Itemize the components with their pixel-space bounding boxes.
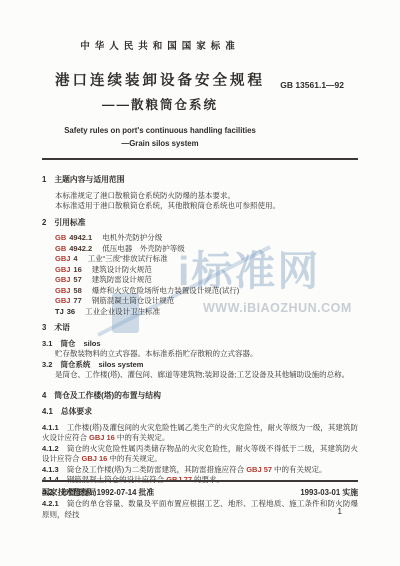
section-1-paragraph: 本标准适用于港口散粮筒仓系统，其他散粮筒仓系统也可参照使用。 [42,201,358,212]
term-en: silos [83,339,100,348]
reference-item: GBJ58爆炸和火灾危险场所电力装置设计规范(试行) [55,286,358,297]
term-en: silos system [98,360,143,369]
reference-title: 低压电器 外壳防护等级 [102,244,185,253]
standard-title-zh: 港口连续装卸设备安全规程 [0,69,320,90]
reference-item: GBJ4工业“三废”排放试行标准 [55,254,358,265]
reference-code: GB4942.1 [55,233,92,242]
section-4-1-heading: 4.1总体要求 [42,407,358,418]
reference-title: 工业企业设计卫生标准 [85,307,160,316]
reference-code: GBJ58 [55,286,82,295]
inline-standard-ref: GBJ 57 [244,465,274,474]
document-footer: 国家技术监督局1992-07-14 批准 1993-03-01 实施 [42,480,358,498]
reference-list: GB4942.1电机外壳防护分级 GB4942.2低压电器 外壳防护等级 GBJ… [42,233,358,317]
section-1-paragraph: 本标准规定了港口散粮筒仓系统防火防爆的基本要求。 [42,191,358,202]
clause-4-1-2: 4.1.2筒仓的火灾危险性属丙类储存物品的火灾危险性，耐火等级不得低于二级，其建… [42,444,358,465]
reference-title: 建筑设计防火规范 [92,265,152,274]
reference-code: TJ36 [55,307,75,316]
clause-4-2-1: 4.2.1筒仓的单仓容量、数量及平面布置应根据工艺、地形、工程地质、施工条件和防… [42,499,358,520]
reference-item: GBJ57建筑防雷设计规范 [55,275,358,286]
reference-title: 爆炸和火灾危险场所电力装置设计规范(试行) [92,286,240,295]
section-1-heading: 1主题内容与适用范围 [42,175,358,186]
section-4-heading: 4筒仓及工作楼(塔)的布置与结构 [42,391,358,402]
section-number: 3 [42,323,46,332]
reference-title: 电机外壳防护分级 [102,233,162,242]
section-3-heading: 3术语 [42,323,358,334]
document-body: 1主题内容与适用范围 本标准规定了港口散粮筒仓系统防火防爆的基本要求。 本标准适… [0,160,400,520]
clause-4-1-1: 4.1.1工作楼(塔)及灌包间的火灾危险性属乙类生产的火灾危险性，耐火等级为一级… [42,423,358,444]
reference-item: GB4942.1电机外壳防护分级 [55,233,358,244]
section-title: 术语 [54,323,70,332]
reference-code: GBJ77 [55,296,82,305]
page-number: 1 [338,507,342,516]
reference-code: GBJ16 [55,265,82,274]
reference-title: 工业“三废”排放试行标准 [88,254,168,263]
reference-title: 建筑防雷设计规范 [92,275,152,284]
reference-item: GB4942.2低压电器 外壳防护等级 [55,244,358,255]
section-number: 2 [42,218,46,227]
reference-title: 钢筋混凝土筒仓设计规范 [92,296,175,305]
standard-subtitle-en: —Grain silos system [0,139,320,148]
term-2-heading: 3.2筒仓系统silos system [42,360,358,371]
implementation-note: 1993-03-01 实施 [300,487,358,498]
reference-item: GBJ16建筑设计防火规范 [55,265,358,276]
term-2-definition: 是筒仓、工作楼(塔)、灌包间、廊道等建筑物;装卸设备;工艺设备及其他辅助设施的总… [42,370,358,381]
inline-standard-ref: GBJ 16 [87,433,117,442]
document-page: i标准网 WWW.iBIAOZHUN.COM 中华人民共和国国家标准 港口连续装… [0,0,400,566]
standard-authority: 中华人民共和国国家标准 [0,38,320,52]
standard-subtitle-zh: ——散粮筒仓系统 [0,95,320,113]
inline-standard-ref: GBJ 16 [80,454,110,463]
reference-code: GBJ4 [55,254,78,263]
term-1-definition: 贮存散装物料的立式容器。本标准系指贮存散粮的立式容器。 [42,349,358,360]
section-number: 4 [42,391,46,400]
section-title: 主题内容与适用范围 [54,175,124,184]
reference-item: GBJ77钢筋混凝土筒仓设计规范 [55,296,358,307]
standard-number: GB 13561.1—92 [280,80,344,90]
document-header: 中华人民共和国国家标准 港口连续装卸设备安全规程 ——散粮筒仓系统 Safety… [0,0,400,148]
section-title: 筒仓及工作楼(塔)的布置与结构 [54,391,161,400]
reference-code: GB4942.2 [55,244,92,253]
reference-code: GBJ57 [55,275,82,284]
approval-note: 国家技术监督局1992-07-14 批准 [42,487,154,498]
term-1-heading: 3.1筒仓silos [42,339,358,350]
section-title: 引用标准 [54,218,85,227]
section-2-heading: 2引用标准 [42,218,358,229]
reference-item: TJ36工业企业设计卫生标准 [55,307,358,318]
section-number: 1 [42,175,46,184]
clause-4-1-3: 4.1.3筒仓及工作楼(塔)为二类防雷建筑，其防雷措施应符合GBJ 57中的有关… [42,465,358,476]
standard-title-en: Safety rules on port's continuous handli… [0,126,320,135]
